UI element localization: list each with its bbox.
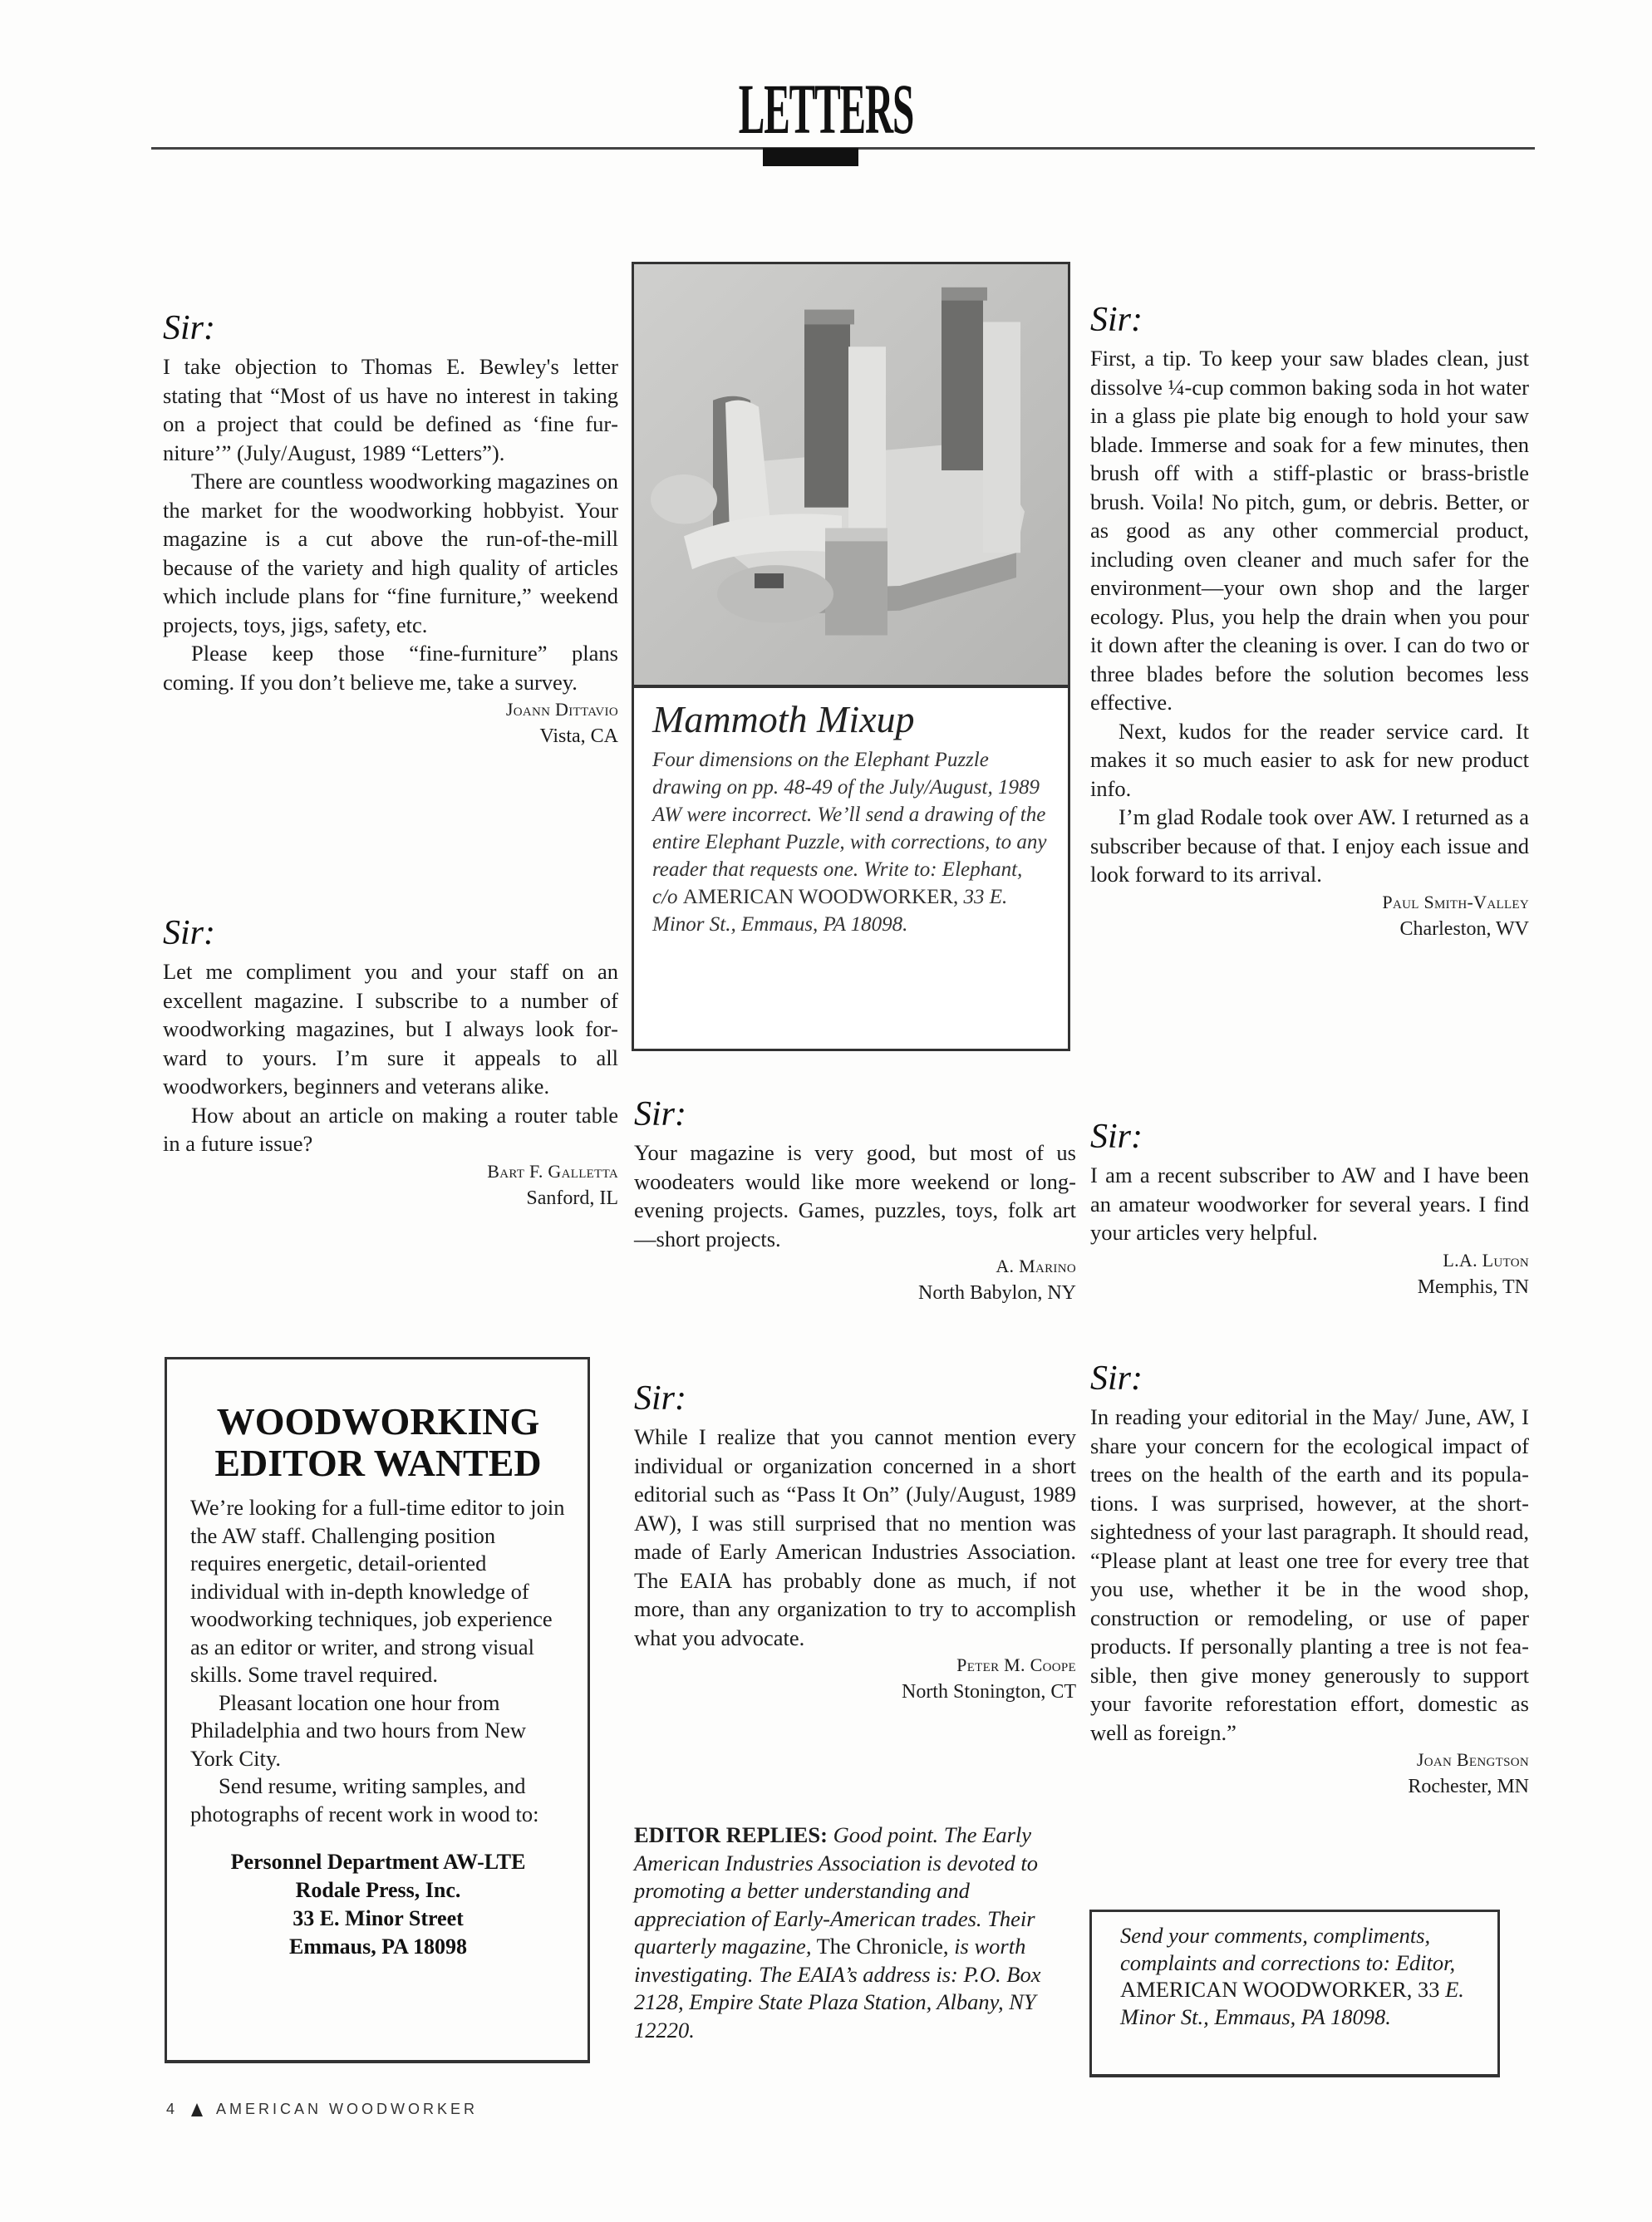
editor-replies-label: EDITOR REPLIES: [634,1822,828,1847]
letter-paragraph: Your magazine is very good, but most of … [634,1138,1076,1253]
address-line: Rodale Press, Inc. [190,1876,566,1905]
letter-paragraph: There are countless woodworking magazine… [163,467,618,639]
signature: L.A. Luton [1090,1247,1529,1274]
letter-body: I take objection to Thomas E. Bew­ley's … [163,352,618,696]
letter-paragraph: In reading your editorial in the May/ Ju… [1090,1403,1529,1747]
photo-caption: Mammoth Mixup Four dimensions on the Ele… [652,696,1051,938]
signature: Joan Bengtson [1090,1747,1529,1773]
ad-paragraph: We’re looking for a full-time edi­tor to… [190,1494,566,1689]
location: Vista, CA [163,723,618,750]
magazine-name: AMERICAN WOODWORKER, [683,886,958,908]
signature: Peter M. Coope [634,1652,1076,1679]
triangle-icon [191,2103,203,2116]
letter-galletta: Sir: Let me compliment you and your staf… [163,914,618,1212]
ad-title-line: WOODWORKING [190,1401,566,1443]
send-comments-text: Send your comments, compli­ments, compla… [1120,1923,1455,1975]
ad-title: WOODWORKING EDITOR WANTED [190,1401,566,1484]
signature: A. Marino [634,1253,1076,1280]
salutation: Sir: [634,1095,1076,1133]
location: Memphis, TN [1090,1274,1529,1301]
location: North Stonington, CT [634,1679,1076,1706]
letter-paragraph: Let me compliment you and your staff on … [163,957,618,1101]
header-tab-block [763,148,858,166]
caption-title: Mammoth Mixup [652,696,1051,743]
caption-text: Four dimensions on the Elephant Puzzle d… [652,749,1046,908]
letter-paragraph: I’m glad Rodale took over AW. I returned… [1090,803,1529,889]
letter-smith-valley: Sir: First, a tip. To keep your saw blad… [1090,301,1529,943]
location: Charleston, WV [1090,916,1529,943]
letter-bengtson: Sir: In reading your editorial in the Ma… [1090,1359,1529,1801]
letter-body: I am a recent subscriber to AW and I hav… [1090,1161,1529,1247]
magazine-page: LETTERS Sir: I take objection to Thomas … [0,0,1652,2222]
publication-name: The Chronicle, [817,1934,949,1959]
salutation: Sir: [1090,301,1529,339]
street-number: 33 [1418,1977,1440,2002]
editor-reply: EDITOR REPLIES: Good point. The Early Am… [634,1821,1076,2044]
salutation: Sir: [634,1379,1076,1418]
salutation: Sir: [163,914,618,952]
letter-luton: Sir: I am a recent subscriber to AW and … [1090,1118,1529,1301]
letter-body: Your magazine is very good, but most of … [634,1138,1076,1253]
address-line: Emmaus, PA 18098 [190,1933,566,1961]
elephant-puzzle-photo [634,264,1068,688]
location: Rochester, MN [1090,1773,1529,1801]
address-line: Personnel Department AW-LTE [190,1848,566,1876]
ad-address: Personnel Department AW-LTE Rodale Press… [190,1848,566,1961]
elephant-puzzle-illustration [634,264,1068,685]
letter-paragraph: Please keep those “fine-furniture” plans… [163,639,618,696]
ad-paragraph: Pleasant location one hour from Philadel… [190,1689,566,1773]
caption-body: Four dimensions on the Elephant Puzzle d… [652,746,1051,938]
ad-title-line: EDITOR WANTED [190,1443,566,1484]
salutation: Sir: [163,309,618,347]
letter-paragraph: Next, kudos for the reader service card.… [1090,717,1529,804]
page-number: 4 [166,2101,178,2118]
letter-paragraph: How about an article on making a router … [163,1101,618,1158]
signature: Bart F. Galletta [163,1158,618,1185]
footer-publication: AMERICAN WOODWORKER [216,2101,478,2118]
letter-body: First, a tip. To keep your saw blades cl… [1090,344,1529,889]
salutation: Sir: [1090,1118,1529,1156]
send-comments-box: Send your comments, compli­ments, compla… [1089,1910,1500,2077]
editor-wanted-ad: WOODWORKING EDITOR WANTED We’re looking … [165,1357,590,2063]
photo-box-mammoth-mixup: Mammoth Mixup Four dimensions on the Ele… [632,262,1070,1051]
letter-body: While I realize that you cannot men­tion… [634,1423,1076,1652]
location: Sanford, IL [163,1185,618,1212]
letter-coope: Sir: While I realize that you cannot men… [634,1379,1076,1706]
letter-paragraph: I take objection to Thomas E. Bew­ley's … [163,352,618,467]
magazine-name: AMERICAN WOODWORKER, [1120,1977,1412,2002]
letter-marino: Sir: Your magazine is very good, but mos… [634,1095,1076,1307]
page-footer: 4 AMERICAN WOODWORKER [166,2101,478,2118]
letter-body: Let me compliment you and your staff on … [163,957,618,1158]
signature: Paul Smith-Valley [1090,889,1529,916]
salutation: Sir: [1090,1359,1529,1398]
letter-dittavio: Sir: I take objection to Thomas E. Bew­l… [163,309,618,750]
signature: Joann Dittavio [163,696,618,723]
section-title: LETTERS [371,73,1280,145]
ad-paragraph: Send resume, writing samples, and photog… [190,1772,566,1828]
letter-paragraph: While I realize that you cannot men­tion… [634,1423,1076,1652]
location: North Babylon, NY [634,1280,1076,1307]
address-line: 33 E. Minor Street [190,1905,566,1933]
letter-body: In reading your editorial in the May/ Ju… [1090,1403,1529,1747]
letter-paragraph: I am a recent subscriber to AW and I hav… [1090,1161,1529,1247]
letter-paragraph: First, a tip. To keep your saw blades cl… [1090,344,1529,717]
ad-body: We’re looking for a full-time edi­tor to… [190,1494,566,1828]
